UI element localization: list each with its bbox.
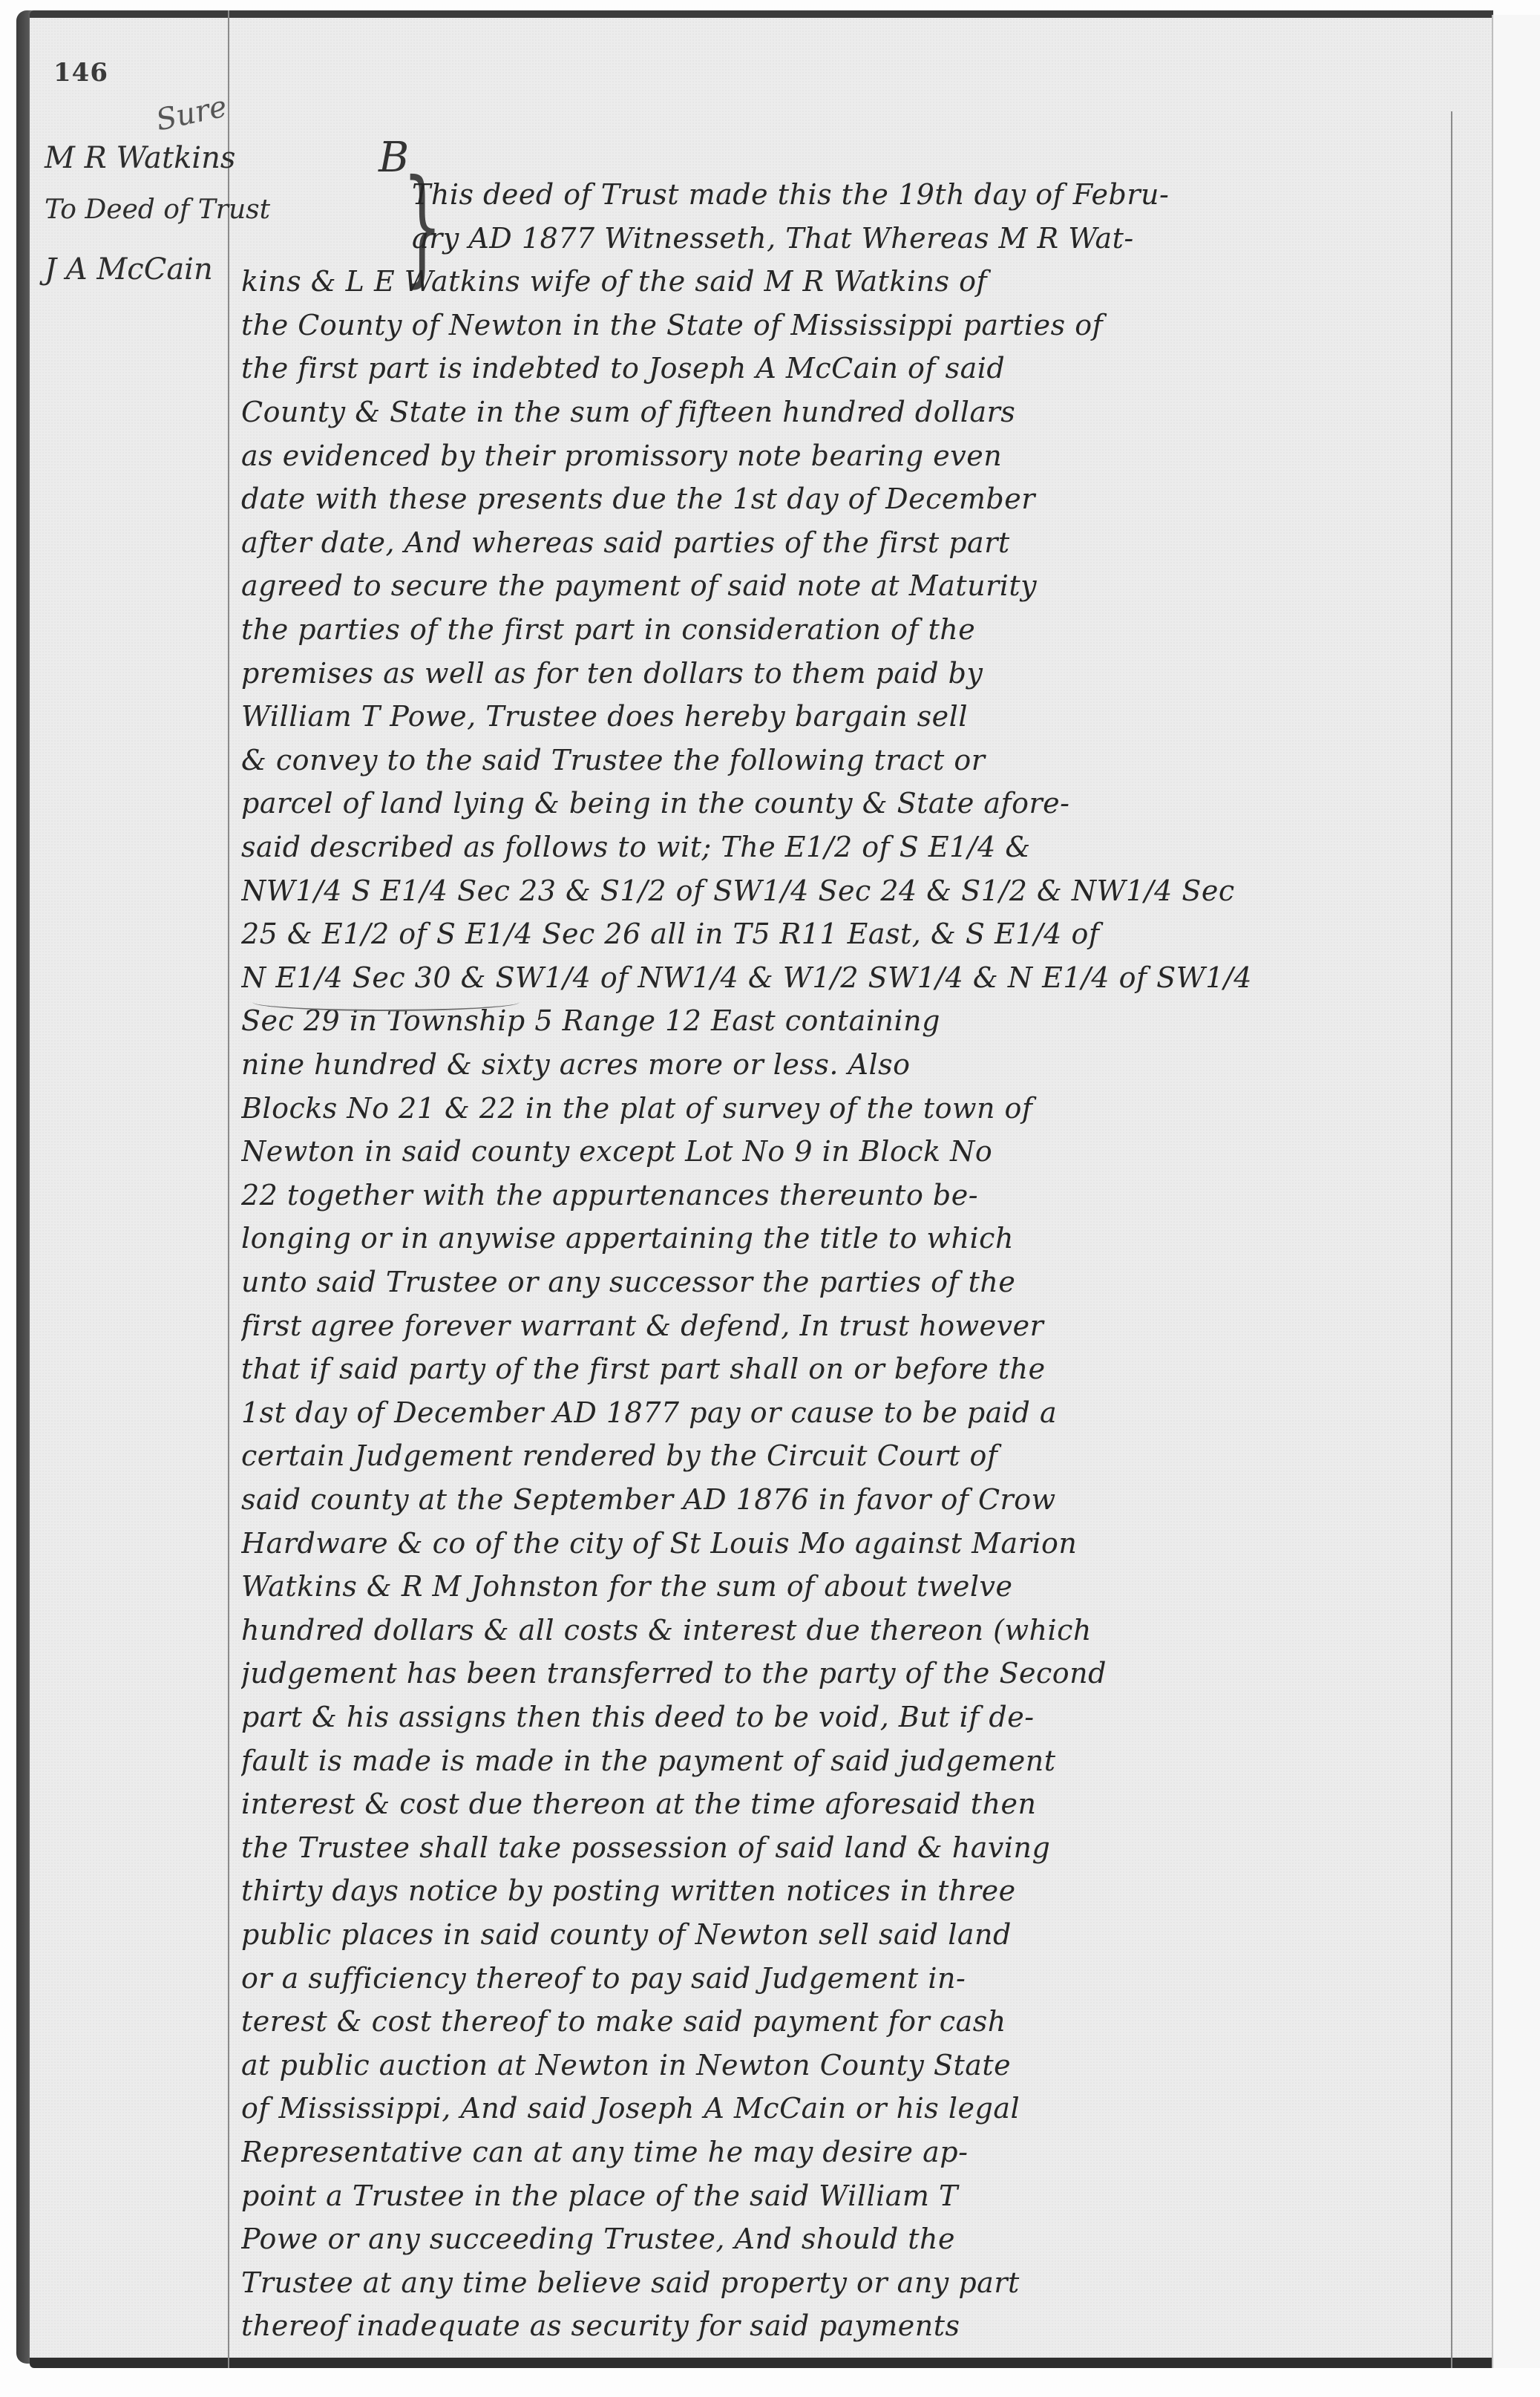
deed-text-line: Newton in said county except Lot No 9 in… <box>241 1135 1451 1168</box>
deed-text-line: Representative can at any time he may de… <box>241 2136 1451 2168</box>
deed-text-line: said county at the September AD 1876 in … <box>241 1483 1451 1516</box>
deed-text-line: unto said Trustee or any successor the p… <box>241 1266 1451 1298</box>
deed-text-line: William T Powe, Trustee does hereby barg… <box>241 700 1451 733</box>
deed-text-line: the County of Newton in the State of Mis… <box>241 309 1451 341</box>
deed-text-line: date with these presents due the 1st day… <box>241 483 1451 515</box>
deed-text-line: nine hundred & sixty acres more or less.… <box>241 1048 1451 1081</box>
page-number: 146 <box>53 58 108 88</box>
deed-text-line: first agree forever warrant & defend, In… <box>241 1309 1451 1342</box>
deed-text-line: NW1/4 S E1/4 Sec 23 & S1/2 of SW1/4 Sec … <box>241 874 1451 907</box>
deed-text-line: agreed to secure the payment of said not… <box>241 569 1451 602</box>
deed-text-line: point a Trustee in the place of the said… <box>241 2179 1451 2212</box>
deed-text-line: hundred dollars & all costs & interest d… <box>241 1614 1451 1646</box>
deed-text-line: at public auction at Newton in Newton Co… <box>241 2049 1451 2082</box>
deed-text-line: Watkins & R M Johnston for the sum of ab… <box>241 1570 1451 1603</box>
deed-text-line: thirty days notice by posting written no… <box>241 1874 1451 1907</box>
deed-text-line: judgement has been transferred to the pa… <box>241 1657 1451 1690</box>
deed-text-line: Blocks No 21 & 22 in the plat of survey … <box>241 1092 1451 1125</box>
deed-text-line: 22 together with the appurtenances there… <box>241 1179 1451 1211</box>
deed-text-line: This deed of Trust made this the 19th da… <box>412 178 1451 211</box>
deed-text-line: Hardware & co of the city of St Louis Mo… <box>241 1527 1451 1560</box>
deed-text-line: longing or in anywise appertaining the t… <box>241 1222 1451 1255</box>
deed-text-line: after date, And whereas said parties of … <box>241 526 1451 559</box>
deed-text-line: 1st day of December AD 1877 pay or cause… <box>241 1396 1451 1429</box>
deed-text-line: premises as well as for ten dollars to t… <box>241 657 1451 690</box>
deed-text-line: part & his assigns then this deed to be … <box>241 1701 1451 1733</box>
deed-text-line: the Trustee shall take possession of sai… <box>241 1831 1451 1864</box>
deed-text-line: County & State in the sum of fifteen hun… <box>241 396 1451 428</box>
deed-text-line: said described as follows to wit; The E1… <box>241 831 1451 863</box>
deed-text-line: fault is made is made in the payment of … <box>241 1744 1451 1777</box>
deed-text-line: 25 & E1/2 of S E1/4 Sec 26 all in T5 R11… <box>241 918 1451 950</box>
page-edge-rule <box>1492 15 1493 2368</box>
margin-instrument: To Deed of Trust <box>45 194 270 225</box>
deed-text-line: as evidenced by their promissory note be… <box>241 439 1451 472</box>
deed-text-line: Trustee at any time believe said propert… <box>241 2266 1451 2299</box>
right-margin-rule <box>1451 111 1452 2368</box>
deed-text-line: of Mississippi, And said Joseph A McCain… <box>241 2092 1451 2125</box>
deed-text-line: Powe or any succeeding Trustee, And shou… <box>241 2223 1451 2255</box>
deed-text-line: terest & cost thereof to make said payme… <box>241 2005 1451 2038</box>
adjacent-page-edge <box>1493 15 1540 2368</box>
deed-text-line: kins & L E Watkins wife of the said M R … <box>241 265 1451 298</box>
deed-text-line: public places in said county of Newton s… <box>241 1918 1451 1951</box>
underline-annotation <box>252 993 520 1011</box>
deed-text-line: certain Judgement rendered by the Circui… <box>241 1439 1451 1472</box>
deed-text-line: ary AD 1877 Witnesseth, That Whereas M R… <box>412 222 1451 255</box>
deed-text-line: N E1/4 Sec 30 & SW1/4 of NW1/4 & W1/2 SW… <box>241 961 1451 994</box>
left-margin-rule <box>228 10 229 2368</box>
deed-text-line: thereof inadequate as security for said … <box>241 2309 1451 2342</box>
deed-text-line: interest & cost due thereon at the time … <box>241 1788 1451 1820</box>
margin-grantor: M R Watkins <box>45 141 235 175</box>
deed-text-line: the parties of the first part in conside… <box>241 613 1451 646</box>
margin-grantee: J A McCain <box>45 252 213 287</box>
deed-text-line: & convey to the said Trustee the followi… <box>241 744 1451 776</box>
deed-text-line: the first part is indebted to Joseph A M… <box>241 352 1451 385</box>
deed-text-line: or a sufficiency thereof to pay said Jud… <box>241 1962 1451 1995</box>
deed-text-line: parcel of land lying & being in the coun… <box>241 787 1451 820</box>
deed-text-line: that if said party of the first part sha… <box>241 1353 1451 1385</box>
